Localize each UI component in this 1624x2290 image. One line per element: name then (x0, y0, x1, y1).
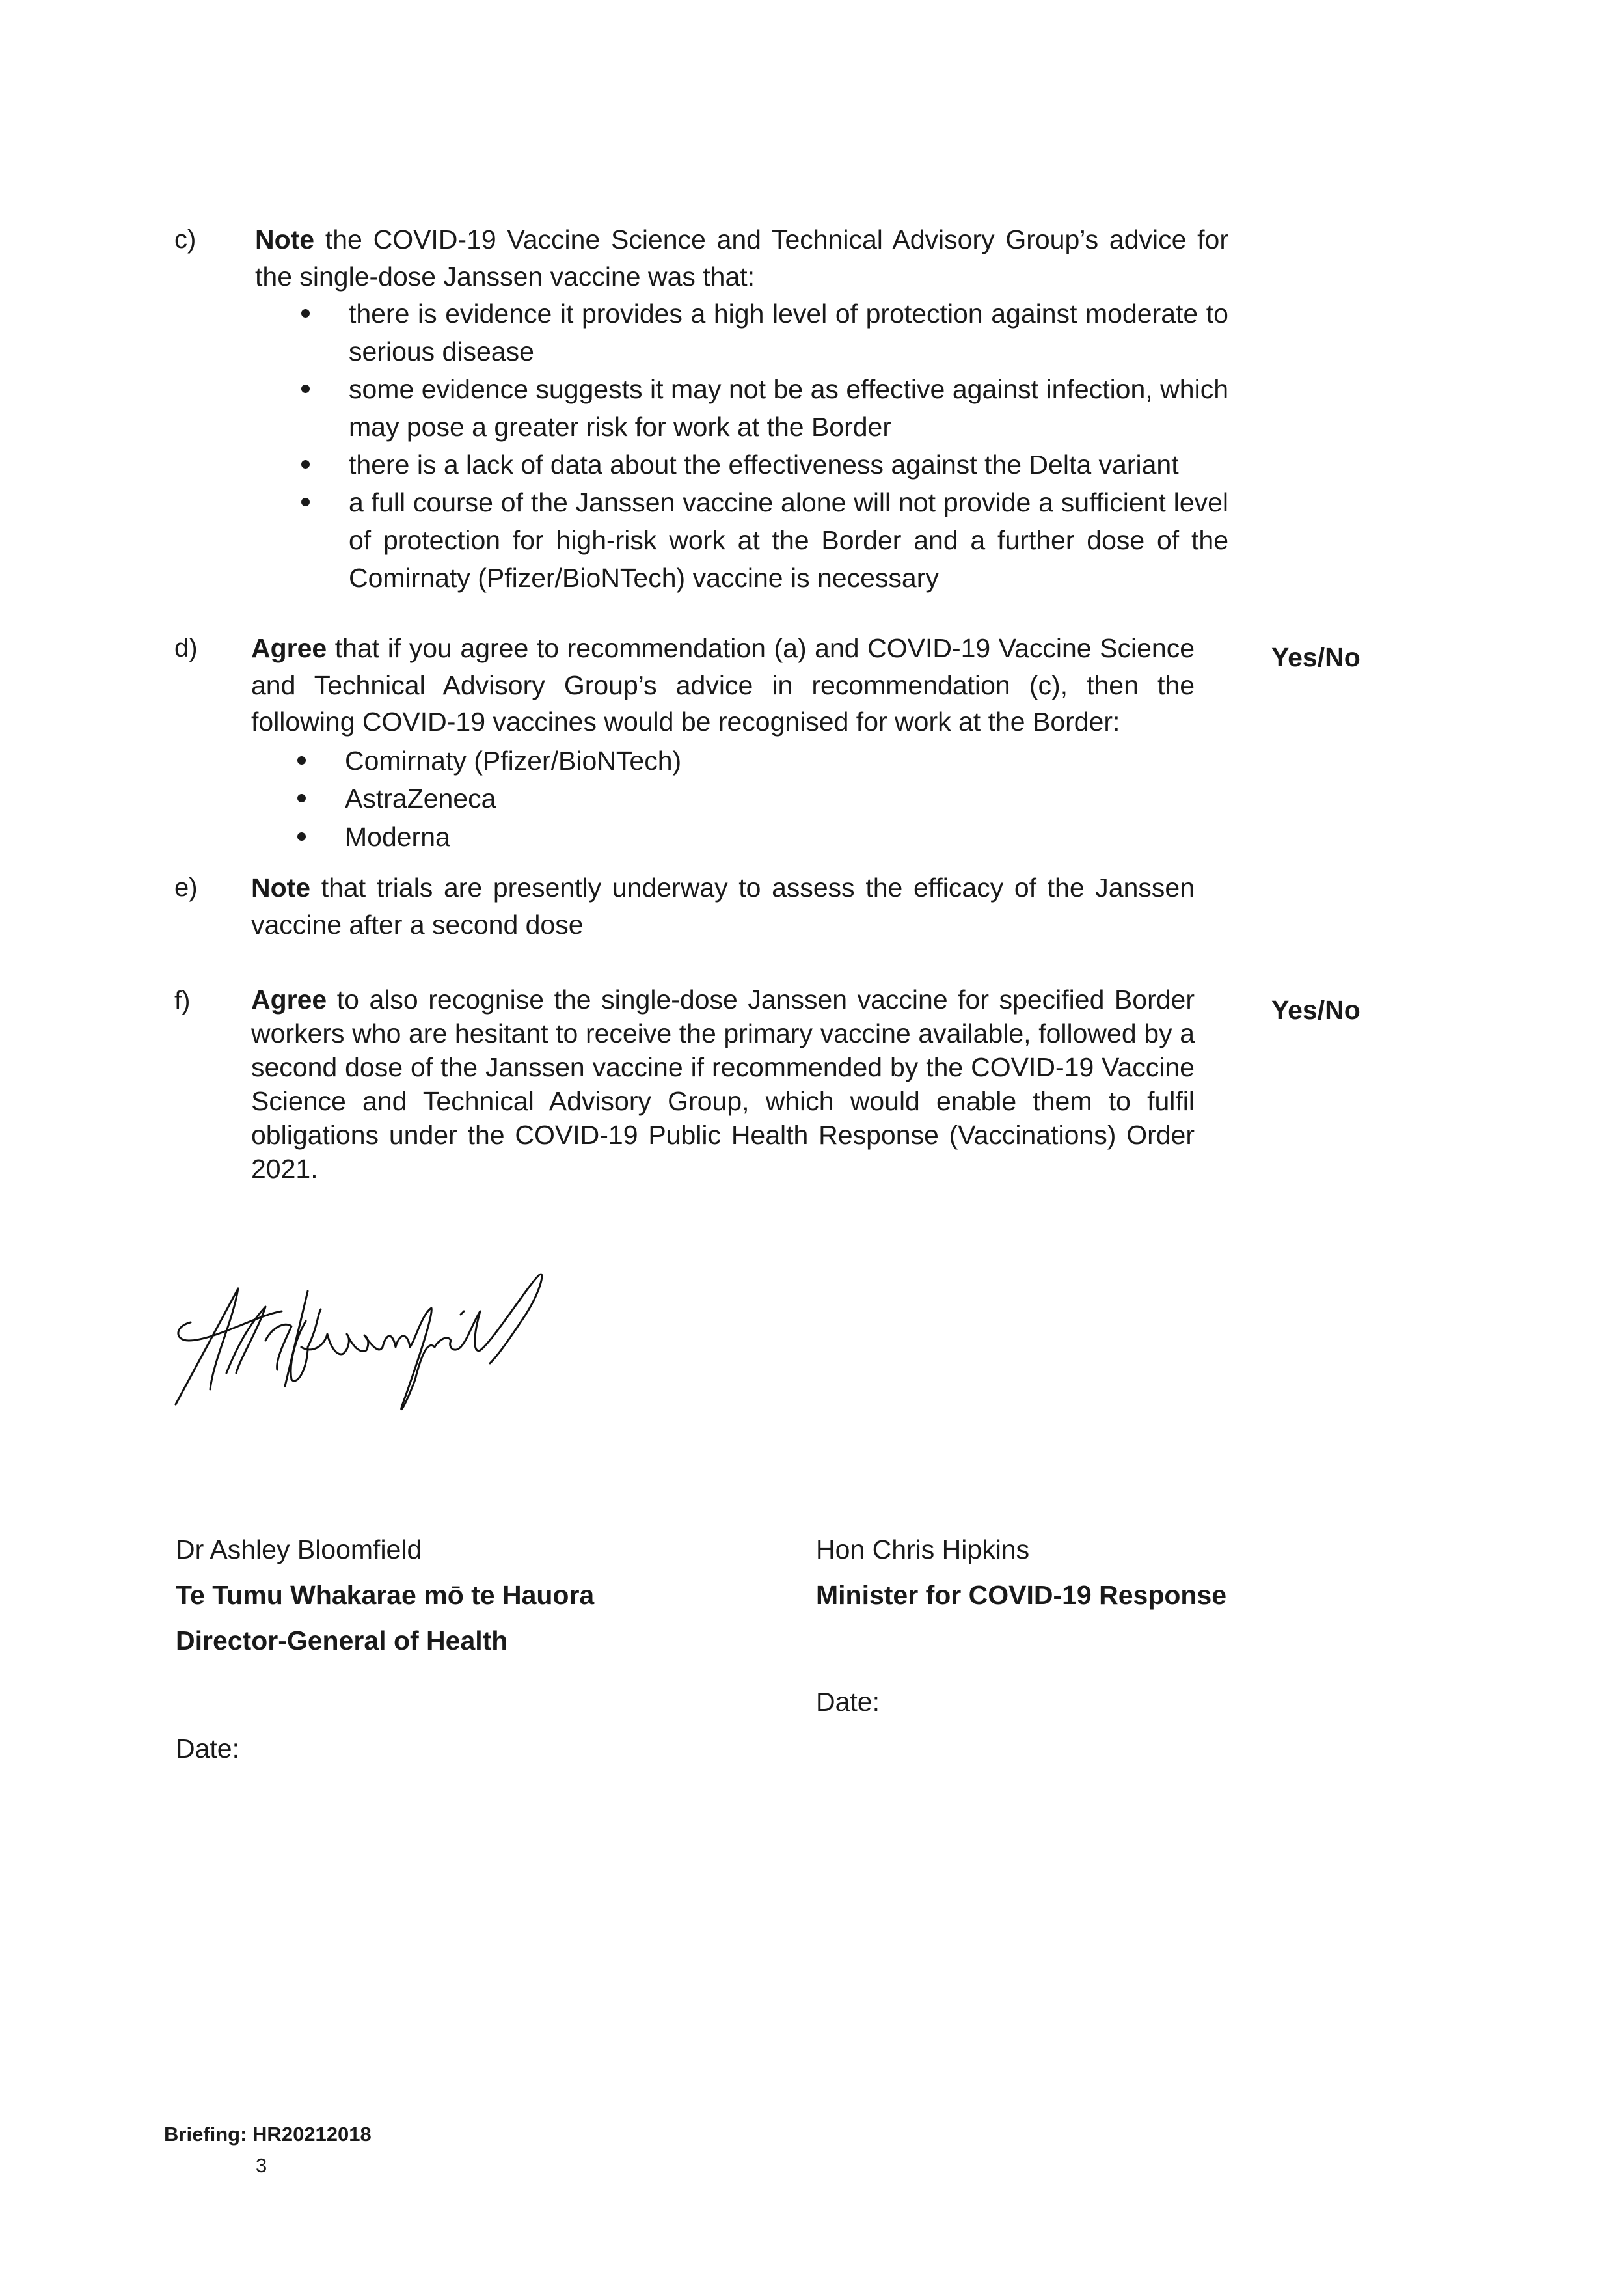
signatory-title: Director-General of Health (176, 1618, 594, 1663)
decision-yes-no[interactable]: Yes/No (1271, 992, 1360, 1028)
bullet-icon (297, 794, 306, 802)
list-item: a full course of the Janssen vaccine alo… (349, 484, 1228, 597)
recommendation-letter: e) (174, 869, 198, 906)
bullet-icon (301, 460, 310, 469)
bullet-icon (301, 385, 310, 393)
recommendation-text: Agree that if you agree to recommendatio… (251, 630, 1195, 741)
signatory-title-maori: Te Tumu Whakarae mō te Hauora (176, 1572, 594, 1618)
signatory-right: Hon Chris Hipkins Minister for COVID-19 … (816, 1527, 1226, 1618)
bullet-icon (301, 309, 310, 318)
recommendation-text: Agree to also recognise the single-dose … (251, 983, 1195, 1186)
signature-image (161, 1249, 617, 1419)
bullet-list: Comirnaty (Pfizer/BioNTech) AstraZeneca … (345, 742, 1195, 856)
bullet-icon (297, 756, 306, 765)
recommendation-letter: d) (174, 630, 198, 666)
recommendation-verb: Note (251, 873, 310, 903)
recommendation-verb: Agree (251, 633, 327, 663)
bullet-icon (297, 832, 306, 841)
date-label-left: Date: (176, 1734, 239, 1764)
list-item: Moderna (345, 818, 1195, 856)
signatory-name: Dr Ashley Bloomfield (176, 1527, 594, 1572)
recommendation-verb: Note (255, 225, 314, 254)
page-number: 3 (256, 2154, 267, 2177)
list-item: Comirnaty (Pfizer/BioNTech) (345, 742, 1195, 780)
recommendation-verb: Agree (251, 985, 327, 1015)
signatory-title: Minister for COVID-19 Response (816, 1572, 1226, 1618)
signatory-name: Hon Chris Hipkins (816, 1527, 1226, 1572)
list-item: some evidence suggests it may not be as … (349, 370, 1228, 446)
document-page: c) Note the COVID-19 Vaccine Science and… (0, 0, 1624, 2290)
bullet-list: there is evidence it provides a high lev… (349, 295, 1228, 597)
list-item: there is evidence it provides a high lev… (349, 295, 1228, 370)
date-label-right: Date: (816, 1687, 880, 1717)
recommendation-text: Note the COVID-19 Vaccine Science and Te… (255, 221, 1228, 295)
recommendation-letter: c) (174, 221, 196, 258)
decision-yes-no[interactable]: Yes/No (1271, 639, 1360, 675)
briefing-reference: Briefing: HR20212018 (164, 2123, 372, 2146)
list-item: there is a lack of data about the effect… (349, 446, 1228, 484)
list-item: AstraZeneca (345, 780, 1195, 818)
recommendation-text: Note that trials are presently underway … (251, 869, 1195, 943)
bullet-icon (301, 498, 310, 506)
signatory-left: Dr Ashley Bloomfield Te Tumu Whakarae mō… (176, 1527, 594, 1663)
recommendation-letter: f) (174, 983, 190, 1019)
